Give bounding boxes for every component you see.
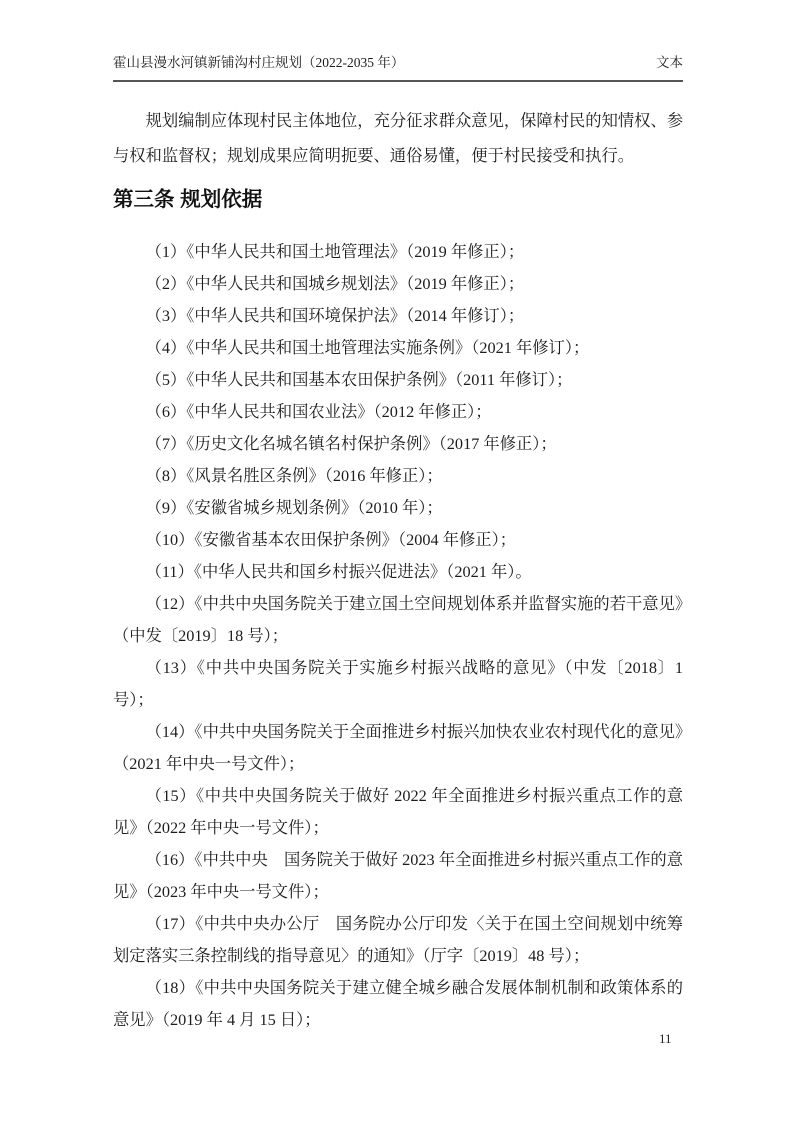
regulation-item: （10）《安徽省基本农田保护条例》（2004 年修正）； <box>113 524 683 556</box>
regulation-item: （16）《中共中央 国务院关于做好 2023 年全面推进乡村振兴重点工作的意见》… <box>113 844 683 908</box>
regulation-item: （12）《中共中央国务院关于建立国土空间规划体系并监督实施的若干意见》（中发〔2… <box>113 588 683 652</box>
regulation-item: （11）《中华人民共和国乡村振兴促进法》（2021 年）。 <box>113 556 683 588</box>
regulation-item: （13）《中共中央国务院关于实施乡村振兴战略的意见》（中发〔2018〕1 号）； <box>113 652 683 716</box>
page-content: 霍山县漫水河镇新铺沟村庄规划（2022-2035 年） 文本 规划编制应体现村民… <box>113 0 683 1036</box>
regulation-item: （15）《中共中央国务院关于做好 2022 年全面推进乡村振兴重点工作的意见》（… <box>113 780 683 844</box>
regulation-item: （2）《中华人民共和国城乡规划法》（2019 年修正）； <box>113 268 683 300</box>
regulation-item: （9）《安徽省城乡规划条例》（2010 年）； <box>113 492 683 524</box>
section-heading: 第三条 规划依据 <box>113 185 683 215</box>
regulations-list: （1）《中华人民共和国土地管理法》（2019 年修正）； （2）《中华人民共和国… <box>113 236 683 1036</box>
regulation-item: （3）《中华人民共和国环境保护法》（2014 年修订）； <box>113 300 683 332</box>
page-header: 霍山县漫水河镇新铺沟村庄规划（2022-2035 年） 文本 <box>113 0 683 82</box>
header-doc-type-label: 文本 <box>656 55 683 71</box>
intro-paragraph: 规划编制应体现村民主体地位，充分征求群众意见，保障村民的知情权、参与权和监督权；… <box>113 103 683 173</box>
regulation-item: （14）《中共中央国务院关于全面推进乡村振兴加快农业农村现代化的意见》（2021… <box>113 716 683 780</box>
regulation-item: （17）《中共中央办公厅 国务院办公厅印发〈关于在国土空间规划中统筹划定落实三条… <box>113 908 683 972</box>
regulation-item: （1）《中华人民共和国土地管理法》（2019 年修正）； <box>113 236 683 268</box>
regulation-item: （8）《风景名胜区条例》（2016 年修正）； <box>113 460 683 492</box>
document-page: 霍山县漫水河镇新铺沟村庄规划（2022-2035 年） 文本 规划编制应体现村民… <box>0 0 794 1122</box>
regulation-item: （5）《中华人民共和国基本农田保护条例》（2011 年修订）； <box>113 364 683 396</box>
header-document-title: 霍山县漫水河镇新铺沟村庄规划（2022-2035 年） <box>113 55 404 71</box>
regulation-item: （4）《中华人民共和国土地管理法实施条例》（2021 年修订）； <box>113 332 683 364</box>
regulation-item: （7）《历史文化名城名镇名村保护条例》（2017 年修正）； <box>113 428 683 460</box>
regulation-item: （6）《中华人民共和国农业法》（2012 年修正）； <box>113 396 683 428</box>
page-number: 11 <box>659 1031 672 1047</box>
regulation-item: （18）《中共中央国务院关于建立健全城乡融合发展体制机制和政策体系的意见》（20… <box>113 972 683 1036</box>
